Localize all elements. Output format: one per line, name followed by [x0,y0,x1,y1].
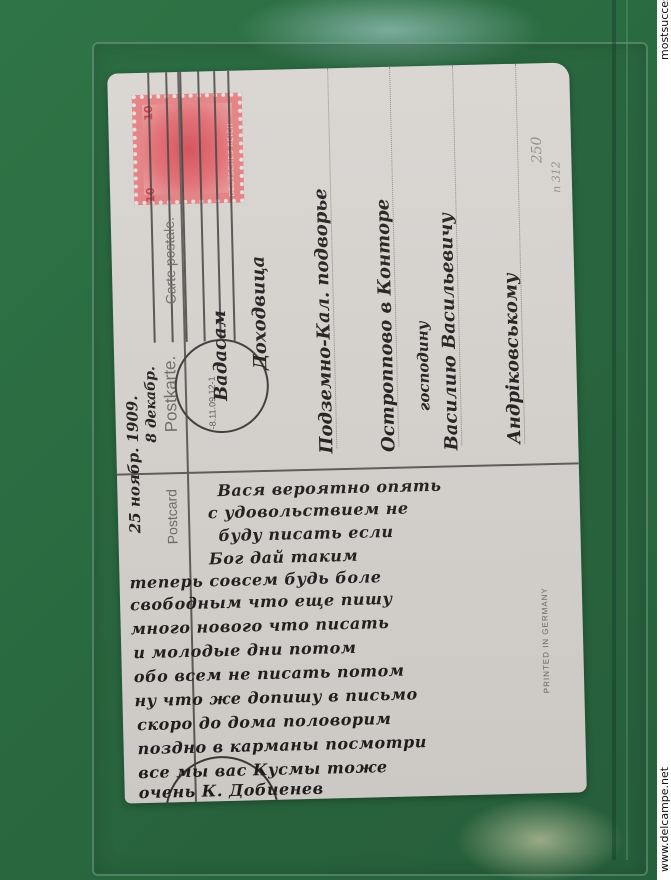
sleeve-edge [612,0,616,860]
postmark-date: -8.11.09.12-1 [207,376,218,429]
header-rule [177,72,197,802]
message-line-signature: очень К. Добиенев [138,779,323,803]
message-line: буду писать если [218,522,394,545]
cancellation-lines [147,70,264,343]
message-line: много нового что писать [130,613,389,638]
printed-in-germany: PRINTED IN GERMANY [540,587,552,693]
message-line: все мы вас Кусмы тоже [138,757,388,782]
address-text-3: господину [413,321,433,411]
message-line: с удовольствием не [208,499,409,523]
stamp-value-left: 10 [144,187,157,203]
handwritten-date-2: 8 декабр. [142,366,160,443]
watermark-bottom: www.delcampe.net [658,767,671,872]
address-text-4: Остроппово в Конторе [372,199,399,453]
stamp-germania-image [142,103,234,195]
printed-postcard: Postcard [163,489,180,545]
message-line: Вася вероятно опять [217,476,441,500]
address-text-1: Андріковському [500,273,525,444]
printed-carte-postale: Carte postale. [161,217,179,305]
address-text-2: Василию Васильевичу [436,213,463,451]
stamp-country-text: DEUTSCHES REICH [226,123,236,197]
message-line: обо всем не писать потом [134,661,405,687]
message-line: ну что же допишу в письмо [134,684,418,710]
pencil-note-number: n 312 [549,161,563,193]
center-divider [117,462,579,475]
postmark-bottom [164,755,281,804]
watermark-strip [657,0,671,880]
handwritten-date: 25 ноябр. 1909. [123,395,144,533]
address-line-4 [515,64,526,444]
printed-postkarte: Postkarte. [160,356,182,433]
address-line-3 [452,65,463,445]
address-greeting: Вадасам [209,310,232,401]
stamp-value-right: 10 [142,105,155,121]
watermark-top: mostsuccessful [658,0,671,60]
pencil-note-price: 250 [529,136,546,163]
message-line: скоро до дома половорим [137,709,392,734]
message-line: Бог дай таким [209,546,358,569]
address-line-1 [327,68,338,448]
message-line: теперь совсем будь боле [129,567,381,592]
message-line: свободным что еще пишу [130,589,393,614]
message-line: поздно в карманы посмотри [137,732,427,758]
message-line: и молодые дни потом [133,638,357,662]
postmark-circle [174,338,270,434]
sleeve-edge-highlight [626,0,628,860]
address-name-short: Доходвица [248,256,272,371]
address-line-2 [389,67,400,447]
postage-stamp: 10 10 DEUTSCHES REICH [132,92,245,205]
address-text-5: Подземно-Кал. подворье [310,188,337,454]
postcard: 10 10 DEUTSCHES REICH Carte postale. Pos… [107,62,587,803]
